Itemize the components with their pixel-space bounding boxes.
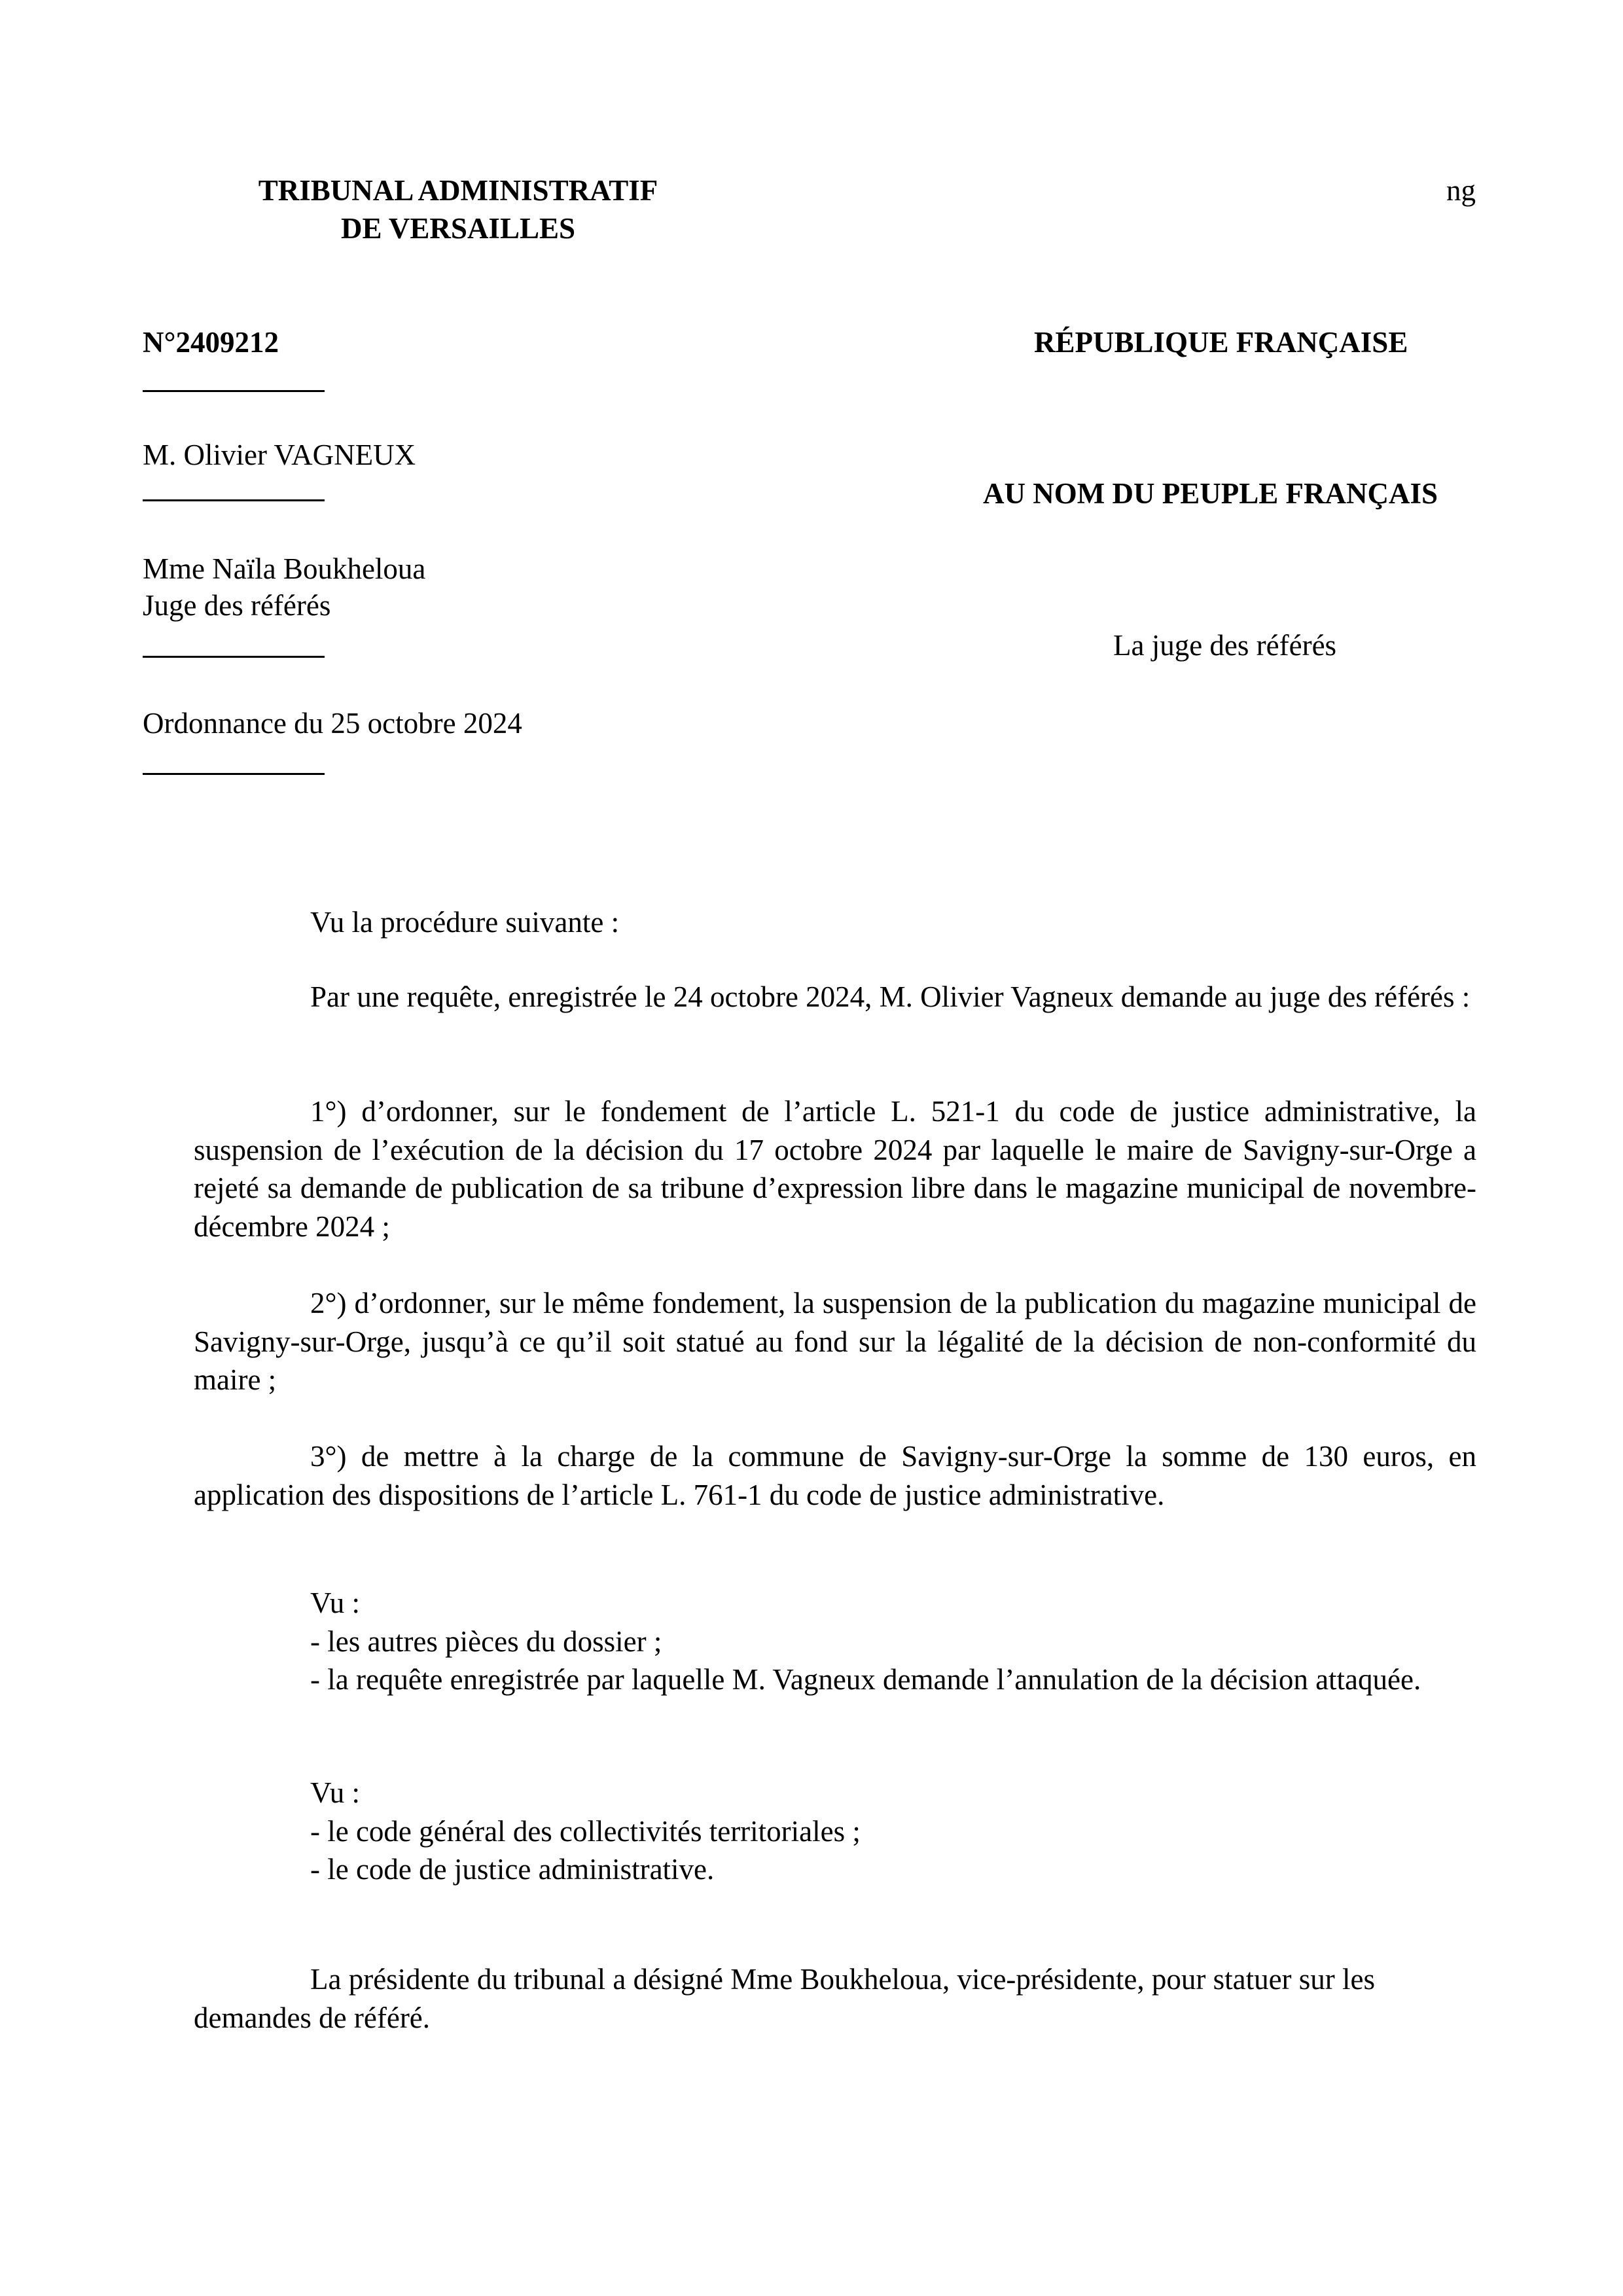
seen-item: - la requête enregistrée par laquelle M.… — [194, 1660, 1476, 1699]
seen-block-1: Vu : - les autres pièces du dossier ; - … — [194, 1584, 1476, 1699]
court-name-line1: TRIBUNAL ADMINISTRATIF — [229, 171, 687, 209]
procedure-intro: Vu la procédure suivante : — [194, 903, 1476, 942]
seen-label: Vu : — [194, 1584, 1476, 1623]
separator-rule — [143, 656, 325, 658]
separator-rule — [143, 773, 325, 775]
court-name: TRIBUNAL ADMINISTRATIF DE VERSAILLES — [229, 171, 687, 247]
seen-label: Vu : — [194, 1774, 1476, 1812]
judge-heading: La juge des référés — [1113, 626, 1336, 664]
claim-2: 2°) d’ordonner, sur le même fondement, l… — [194, 1284, 1476, 1399]
seen-item: - le code de justice administrative. — [194, 1850, 1476, 1889]
judge-name: Mme Naïla Boukheloua — [143, 550, 425, 588]
request-intro: Par une requête, enregistrée le 24 octob… — [194, 978, 1476, 1016]
clerk-initials: ng — [1446, 171, 1476, 209]
seen-item: - le code général des collectivités terr… — [194, 1812, 1476, 1851]
claim-3: 3°) de mettre à la charge de la commune … — [194, 1437, 1476, 1514]
case-number: N°2409212 — [143, 323, 279, 361]
republic-heading: RÉPUBLIQUE FRANÇAISE — [1034, 323, 1408, 361]
party-name: M. Olivier VAGNEUX — [143, 436, 416, 474]
people-formula: AU NOM DU PEUPLE FRANÇAIS — [983, 475, 1438, 512]
order-date: Ordonnance du 25 octobre 2024 — [143, 704, 522, 742]
designation: La présidente du tribunal a désigné Mme … — [194, 1960, 1467, 2037]
seen-block-2: Vu : - le code général des collectivités… — [194, 1774, 1476, 1889]
separator-rule — [143, 499, 325, 501]
claim-1: 1°) d’ordonner, sur le fondement de l’ar… — [194, 1092, 1476, 1246]
seen-item: - les autres pièces du dossier ; — [194, 1623, 1476, 1661]
court-name-line2: DE VERSAILLES — [229, 209, 687, 247]
separator-rule — [143, 390, 325, 392]
judge-role: Juge des référés — [143, 586, 330, 624]
